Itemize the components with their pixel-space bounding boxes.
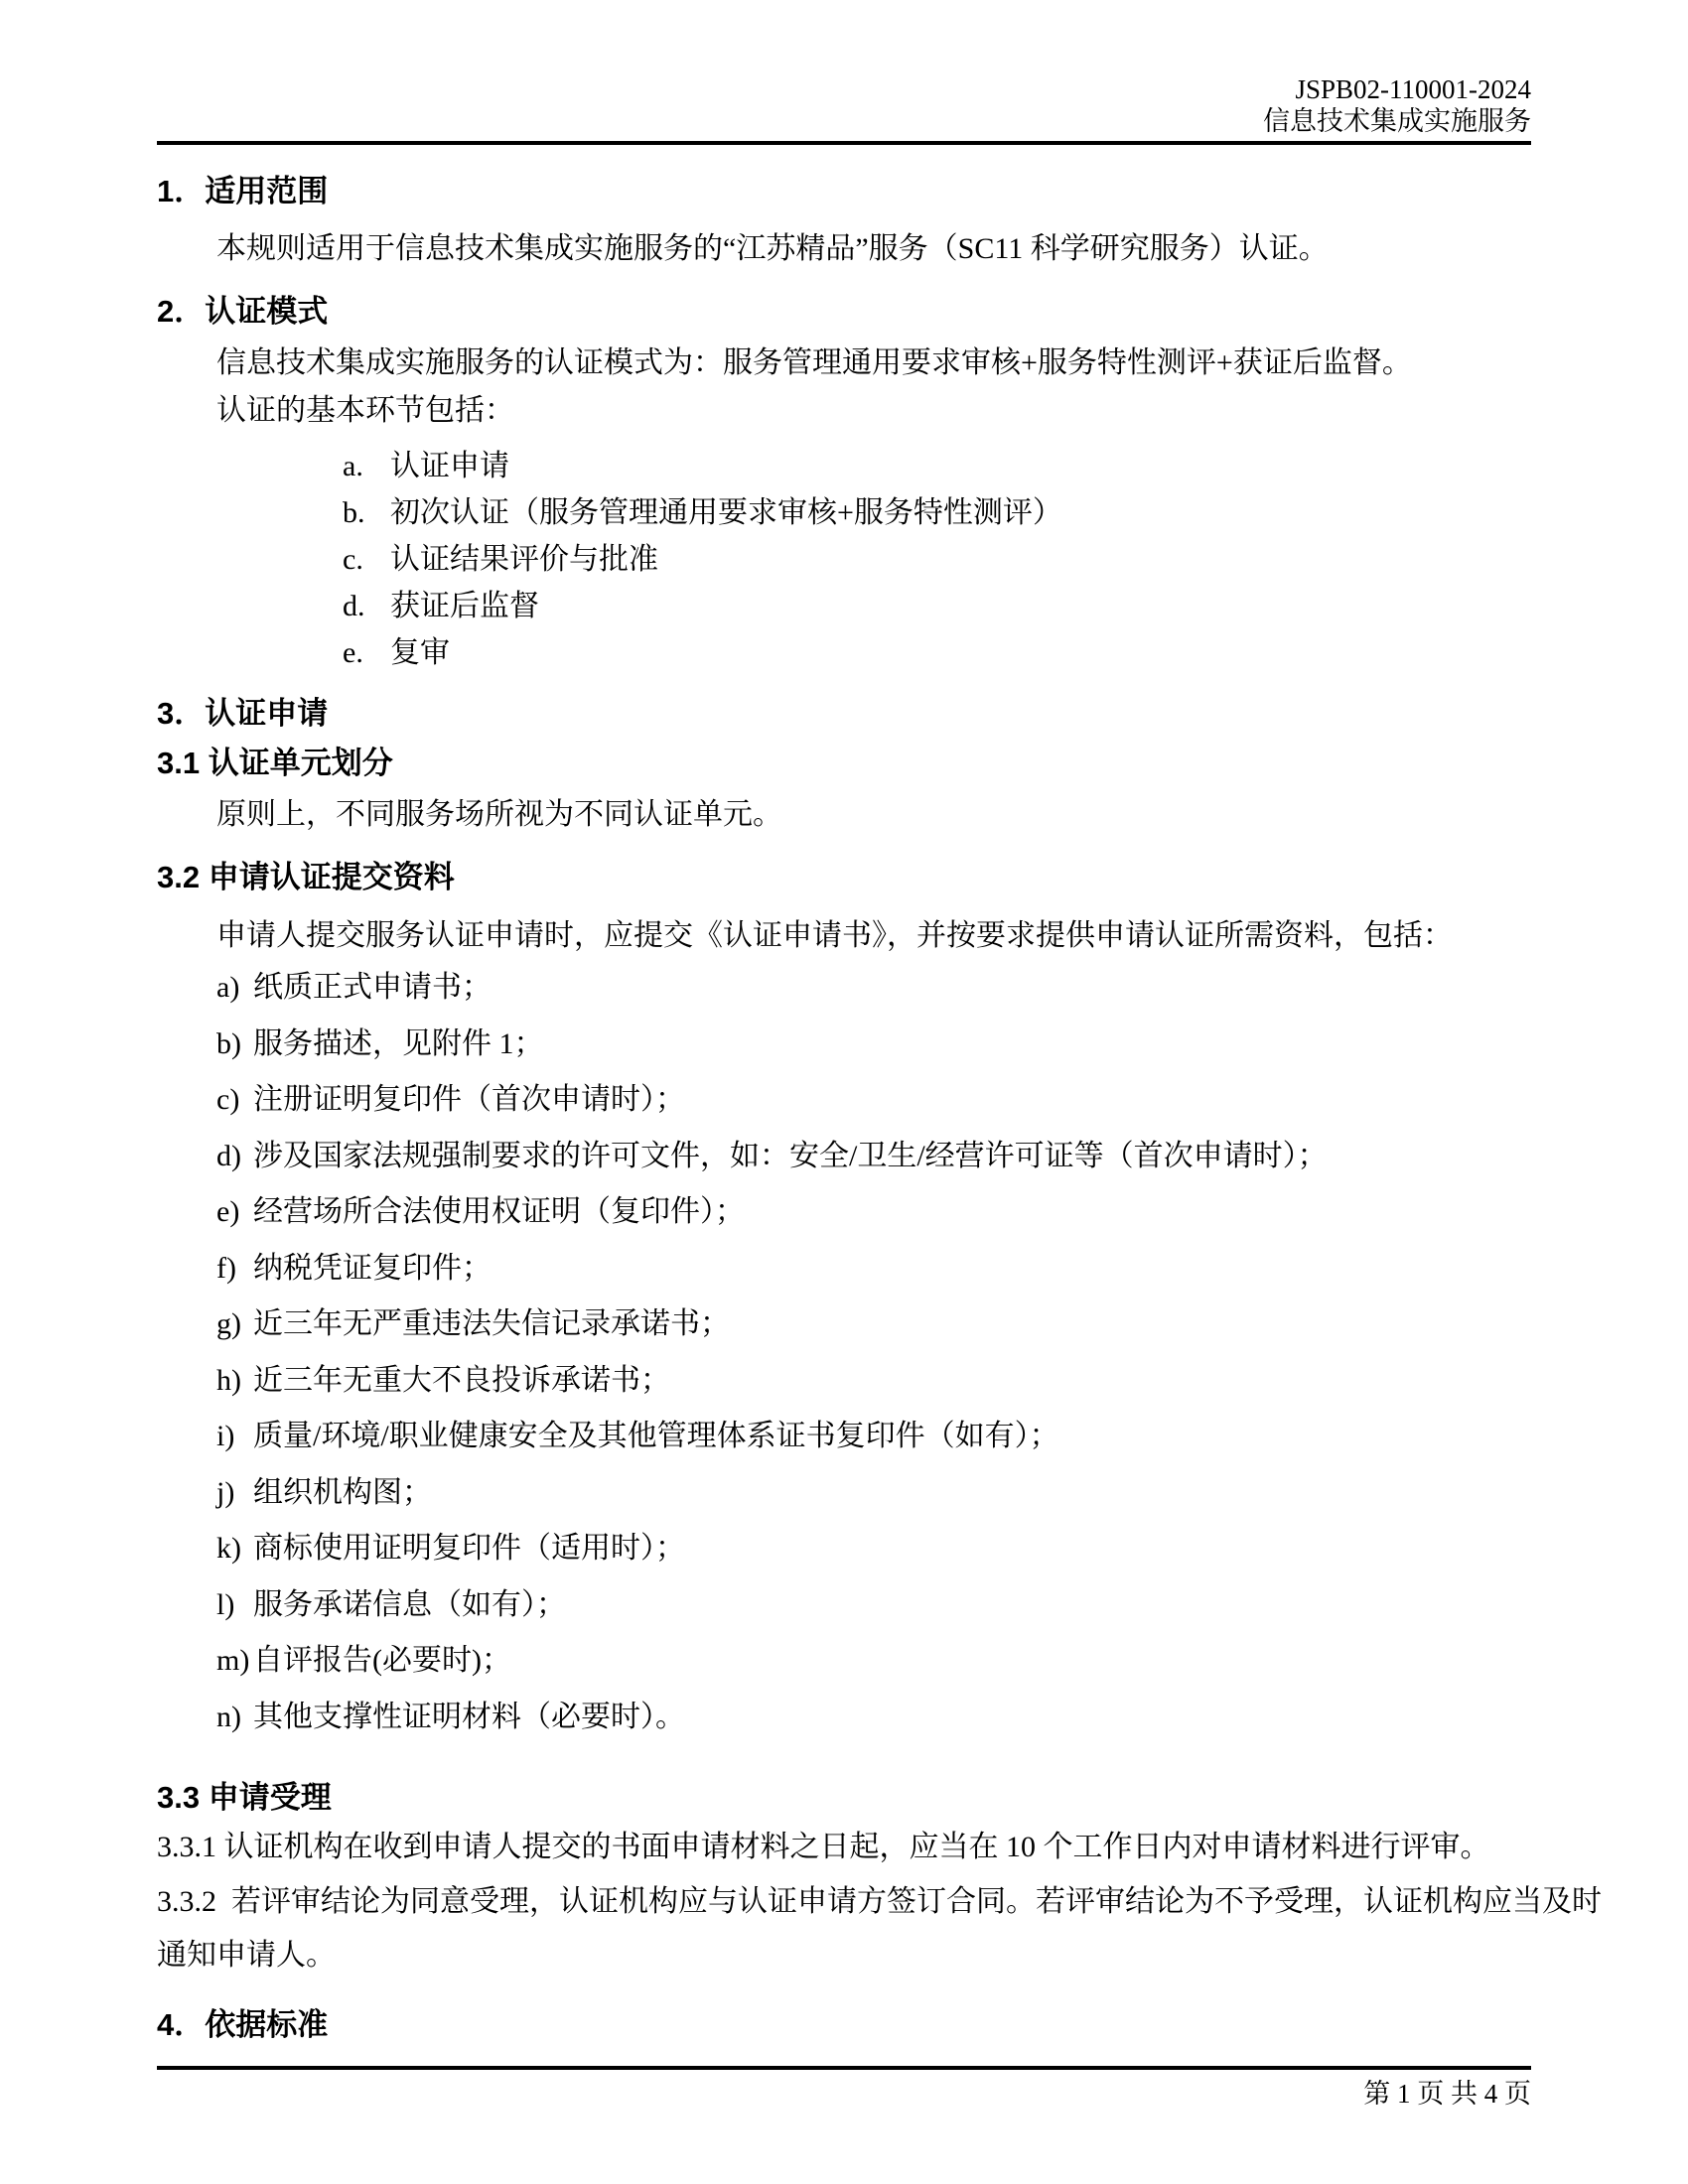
list-item-text: 获证后监督 <box>390 583 539 629</box>
document-content: JSPB02-110001-2024 信息技术集成实施服务 1．适用范围 本规则… <box>157 0 1531 2044</box>
list-item-text: 组织机构图； <box>253 1465 432 1522</box>
section-2-paragraph: 信息技术集成实施服务的认证模式为：服务管理通用要求审核+服务特性测评+获证后监督… <box>216 340 1531 435</box>
list-item: f) 纳税凭证复印件； <box>216 1241 1531 1297</box>
list-item-text: 自评报告(必要时)； <box>253 1633 511 1690</box>
section-3-3-2-line-2: 通知申请人。 <box>157 1929 1531 1982</box>
document-page: JSPB02-110001-2024 信息技术集成实施服务 1．适用范围 本规则… <box>0 0 1688 2184</box>
list-item-text: 涉及国家法规强制要求的许可文件，如：安全/卫生/经营许可证等（首次申请时）； <box>253 1129 1328 1185</box>
section-3-3-1-paragraph: 3.3.1 认证机构在收到申请人提交的书面申请材料之日起，应当在 10 个工作日… <box>157 1824 1531 1871</box>
list-item: d. 获证后监督 <box>343 583 1531 629</box>
list-item: c) 注册证明复印件（首次申请时）； <box>216 1072 1531 1129</box>
list-item: l) 服务承诺信息（如有）； <box>216 1577 1531 1634</box>
list-item-text: 认证申请 <box>390 443 509 489</box>
list-item: a. 认证申请 <box>343 443 1531 489</box>
section-1-heading: 1．适用范围 <box>157 173 1531 210</box>
list-item: g) 近三年无严重违法失信记录承诺书； <box>216 1297 1531 1353</box>
list-item: d) 涉及国家法规强制要求的许可文件，如：安全/卫生/经营许可证等（首次申请时）… <box>216 1129 1531 1185</box>
list-marker: m) <box>216 1633 253 1690</box>
list-item: j) 组织机构图； <box>216 1465 1531 1522</box>
list-item: e) 经营场所合法使用权证明（复印件）； <box>216 1184 1531 1241</box>
list-item: e. 复审 <box>343 629 1531 676</box>
list-item-text: 商标使用证明复印件（适用时）； <box>253 1521 685 1577</box>
list-item-text: 近三年无严重违法失信记录承诺书； <box>253 1297 730 1353</box>
list-marker: l) <box>216 1577 253 1634</box>
section-3-3-2-paragraph: 3.3.2 若评审结论为同意受理，认证机构应与认证申请方签订合同。若评审结论为不… <box>157 1875 1531 1982</box>
document-header: JSPB02-110001-2024 信息技术集成实施服务 <box>157 0 1531 137</box>
section-2-line-1: 信息技术集成实施服务的认证模式为：服务管理通用要求审核+服务特性测评+获证后监督… <box>216 340 1531 387</box>
section-3-3-2-line-1: 3.3.2 若评审结论为同意受理，认证机构应与认证申请方签订合同。若评审结论为不… <box>157 1875 1531 1929</box>
list-item: b. 初次认证（服务管理通用要求审核+服务特性测评） <box>343 489 1531 536</box>
list-marker: i) <box>216 1409 253 1465</box>
list-marker: d. <box>343 583 390 629</box>
section-2-heading: 2．认证模式 <box>157 293 1531 331</box>
list-item-text: 复审 <box>390 629 450 676</box>
list-item: b) 服务描述，见附件 1； <box>216 1017 1531 1073</box>
section-3-3-heading: 3.3 申请受理 <box>157 1779 1531 1817</box>
section-3-heading: 3．认证申请 <box>157 695 1531 733</box>
list-item-text: 经营场所合法使用权证明（复印件）； <box>253 1184 745 1241</box>
list-item-text: 纳税凭证复印件； <box>253 1241 492 1297</box>
list-marker: b. <box>343 489 390 536</box>
list-item-text: 认证结果评价与批准 <box>390 536 658 583</box>
section-4-heading: 4．依据标准 <box>157 2006 1531 2044</box>
list-item-text: 近三年无重大不良投诉承诺书； <box>253 1353 670 1410</box>
doc-code: JSPB02-110001-2024 <box>157 73 1531 105</box>
list-item: i) 质量/环境/职业健康安全及其他管理体系证书复印件（如有）； <box>216 1409 1531 1465</box>
list-marker: e) <box>216 1184 253 1241</box>
section-3-1-heading: 3.1 认证单元划分 <box>157 745 1531 782</box>
list-item: a) 纸质正式申请书； <box>216 960 1531 1017</box>
list-item-text: 纸质正式申请书； <box>253 960 492 1017</box>
list-marker: a) <box>216 960 253 1017</box>
list-marker: n) <box>216 1690 253 1746</box>
section-3-2-heading: 3.2 申请认证提交资料 <box>157 859 1531 896</box>
list-item: m) 自评报告(必要时)； <box>216 1633 1531 1690</box>
page-number: 第 1 页 共 4 页 <box>157 2070 1531 2110</box>
list-marker: g) <box>216 1297 253 1353</box>
list-marker: a. <box>343 443 390 489</box>
list-item-text: 质量/环境/职业健康安全及其他管理体系证书复印件（如有）； <box>253 1409 1059 1465</box>
list-marker: c. <box>343 536 390 583</box>
section-3-2-intro: 申请人提交服务认证申请时，应提交《认证申请书》，并按要求提供申请认证所需资料，包… <box>216 912 1531 960</box>
list-item: n) 其他支撑性证明材料（必要时）。 <box>216 1690 1531 1746</box>
list-marker: j) <box>216 1465 253 1522</box>
list-marker: f) <box>216 1241 253 1297</box>
section-2-line-2: 认证的基本环节包括： <box>216 387 1531 435</box>
document-footer: 第 1 页 共 4 页 <box>157 2066 1531 2110</box>
section-3-1-paragraph: 原则上，不同服务场所视为不同认证单元。 <box>216 791 1531 839</box>
list-item: c. 认证结果评价与批准 <box>343 536 1531 583</box>
list-item-text: 注册证明复印件（首次申请时）； <box>253 1072 685 1129</box>
list-marker: k) <box>216 1521 253 1577</box>
application-materials-list: a) 纸质正式申请书； b) 服务描述，见附件 1； c) 注册证明复印件（首次… <box>157 960 1531 1745</box>
doc-name: 信息技术集成实施服务 <box>157 105 1531 137</box>
list-item-text: 其他支撑性证明材料（必要时）。 <box>253 1690 685 1746</box>
list-marker: e. <box>343 629 390 676</box>
list-item: h) 近三年无重大不良投诉承诺书； <box>216 1353 1531 1410</box>
list-marker: h) <box>216 1353 253 1410</box>
list-item-text: 服务描述，见附件 1； <box>253 1017 544 1073</box>
list-marker: b) <box>216 1017 253 1073</box>
certification-steps-list: a. 认证申请 b. 初次认证（服务管理通用要求审核+服务特性测评） c. 认证… <box>157 443 1531 676</box>
list-marker: d) <box>216 1129 253 1185</box>
header-divider <box>157 141 1531 145</box>
list-marker: c) <box>216 1072 253 1129</box>
list-item-text: 初次认证（服务管理通用要求审核+服务特性测评） <box>390 489 1062 536</box>
list-item: k) 商标使用证明复印件（适用时）； <box>216 1521 1531 1577</box>
section-1-paragraph: 本规则适用于信息技术集成实施服务的“江苏精品”服务（SC11 科学研究服务）认证… <box>216 225 1531 273</box>
list-item-text: 服务承诺信息（如有）； <box>253 1577 566 1634</box>
